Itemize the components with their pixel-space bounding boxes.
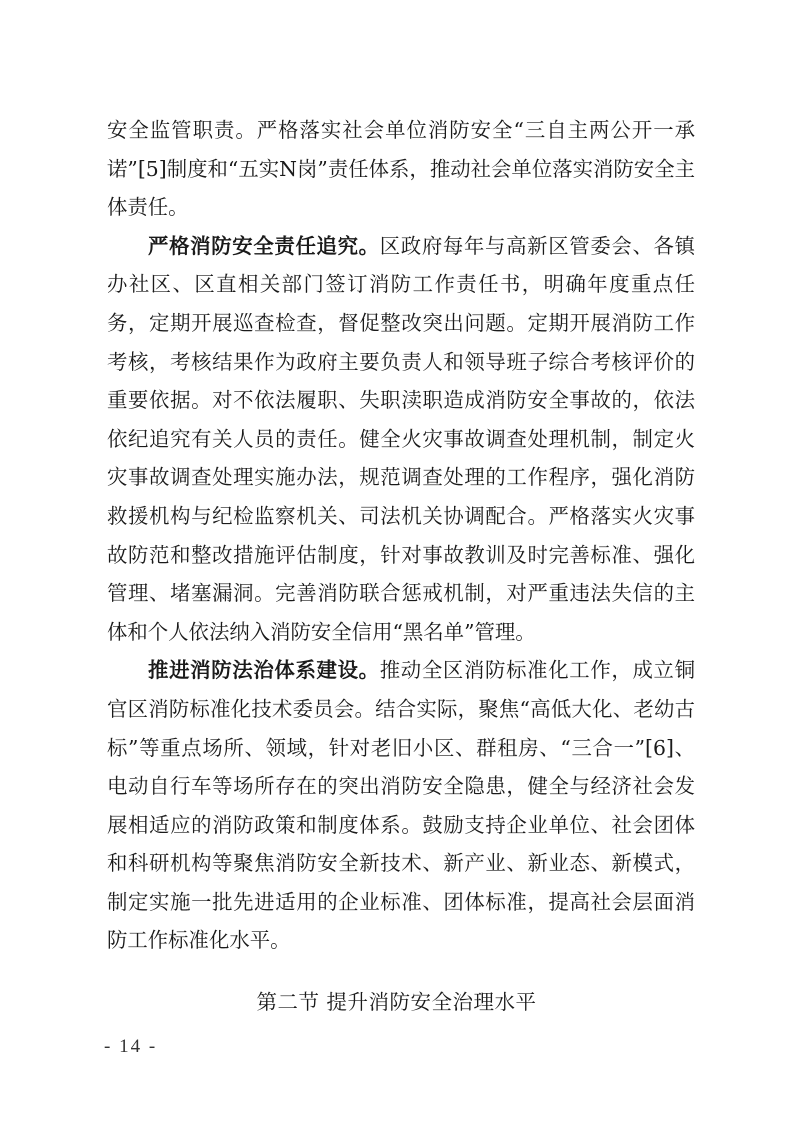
paragraph-lead: 推进消防法治体系建设。 <box>148 658 380 682</box>
paragraph-responsibility-accountability: 严格消防安全责任追究。区政府每年与高新区管委会、各镇办社区、区直相关部门签订消防… <box>107 227 695 652</box>
section-heading: 第二节 提升消防安全治理水平 <box>0 985 793 1015</box>
page-number: - 14 - <box>104 1036 157 1058</box>
paragraph-legal-system: 推进消防法治体系建设。推动全区消防标准化工作，成立铜官区消防标准化技术委员会。结… <box>107 651 695 960</box>
paragraph-text: 推动全区消防标准化工作，成立铜官区消防标准化技术委员会。结合实际，聚焦“高低大化… <box>107 658 695 952</box>
paragraph-lead: 严格消防安全责任追究。 <box>148 234 380 258</box>
paragraph-continuation: 安全监管职责。严格落实社会单位消防安全“三自主两公开一承诺”[5]制度和“五实N… <box>107 111 695 227</box>
document-page: 安全监管职责。严格落实社会单位消防安全“三自主两公开一承诺”[5]制度和“五实N… <box>0 0 793 1122</box>
paragraph-text: 安全监管职责。严格落实社会单位消防安全“三自主两公开一承诺”[5]制度和“五实N… <box>107 118 695 219</box>
paragraph-text: 区政府每年与高新区管委会、各镇办社区、区直相关部门签订消防工作责任书，明确年度重… <box>107 234 695 644</box>
body-text: 安全监管职责。严格落实社会单位消防安全“三自主两公开一承诺”[5]制度和“五实N… <box>107 111 695 960</box>
